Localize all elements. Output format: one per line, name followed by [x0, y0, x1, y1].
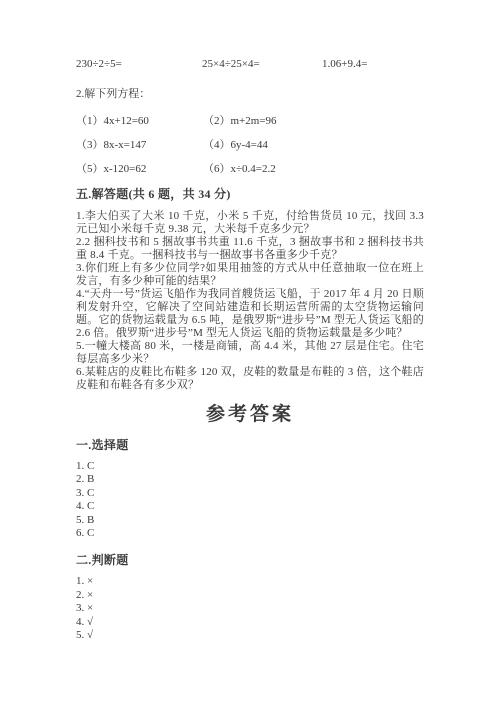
- judgment-answer-3: 3. ×: [76, 602, 424, 615]
- judgment-answers-list: 1. × 2. × 3. × 4. √ 5. √: [76, 575, 424, 642]
- calc-expression-1: 230÷2÷5=: [76, 58, 202, 71]
- word-problem-1: 1.李大伯买了大米 10 千克，小米 5 千克，付给售货员 10 元，找回 3.…: [76, 210, 424, 236]
- choice-answer-5: 5. B: [76, 514, 424, 527]
- choice-answer-3: 3. C: [76, 487, 424, 500]
- word-problem-4: 4.“天舟一号”货运飞船作为我同首艘货运飞船，于 2017 年 4 月 20 日…: [76, 288, 424, 340]
- choice-answer-6: 6. C: [76, 527, 424, 540]
- equations-grid: （1）4x+12=60 （2）m+2m=96 （3）8x-x=147 （4）6y…: [76, 115, 424, 176]
- choice-answer-2: 2. B: [76, 473, 424, 486]
- solve-equations-heading: 2.解下列方程：: [76, 88, 424, 101]
- calculation-exercises-row: 230÷2÷5= 25×4÷25×4= 1.06+9.4=: [76, 58, 424, 71]
- reference-answers-title: 参考答案: [76, 404, 424, 426]
- judgment-answer-4: 4. √: [76, 616, 424, 629]
- word-problem-3: 3.你们班上有多少位同学?如果用抽签的方式从中任意抽取一位在班上发言，有多少种可…: [76, 262, 424, 288]
- choice-answers-heading: 一.选择题: [76, 438, 424, 452]
- judgment-answer-2: 2. ×: [76, 589, 424, 602]
- equation-5: （5）x-120=62: [76, 163, 203, 176]
- equation-row: （1）4x+12=60 （2）m+2m=96: [76, 115, 424, 128]
- word-problem-6: 6.某鞋店的皮鞋比布鞋多 120 双，皮鞋的数量是布鞋的 3 倍，这个鞋店皮鞋和…: [76, 366, 424, 392]
- equation-2: （2）m+2m=96: [203, 115, 277, 128]
- judgment-answer-1: 1. ×: [76, 575, 424, 588]
- calc-expression-2: 25×4÷25×4=: [202, 58, 322, 71]
- calc-expression-3: 1.06+9.4=: [322, 58, 367, 71]
- equation-row: （5）x-120=62 （6）x÷0.4=2.2: [76, 163, 424, 176]
- equation-3: （3）8x-x=147: [76, 139, 203, 152]
- section5-heading: 五.解答题(共 6 题，共 34 分): [76, 187, 424, 201]
- choice-answer-4: 4. C: [76, 500, 424, 513]
- equation-6: （6）x÷0.4=2.2: [203, 163, 276, 176]
- word-problem-5: 5.一幢大楼高 80 米，一楼是商铺，高 4.4 米，其他 27 层是住宅。住宅…: [76, 340, 424, 366]
- equation-row: （3）8x-x=147 （4）6y-4=44: [76, 139, 424, 152]
- equation-1: （1）4x+12=60: [76, 115, 203, 128]
- worksheet-page: 230÷2÷5= 25×4÷25×4= 1.06+9.4= 2.解下列方程： （…: [0, 0, 500, 707]
- word-problem-2: 2.2 捆科技书和 5 捆故事书共重 11.6 千克，3 捆故事书和 2 捆科技…: [76, 236, 424, 262]
- choice-answer-1: 1. C: [76, 460, 424, 473]
- equation-4: （4）6y-4=44: [203, 139, 268, 152]
- word-problems-list: 1.李大伯买了大米 10 千克，小米 5 千克，付给售货员 10 元，找回 3.…: [76, 210, 424, 392]
- judgment-answers-heading: 二.判断题: [76, 553, 424, 567]
- choice-answers-list: 1. C 2. B 3. C 4. C 5. B 6. C: [76, 460, 424, 540]
- judgment-answer-5: 5. √: [76, 629, 424, 642]
